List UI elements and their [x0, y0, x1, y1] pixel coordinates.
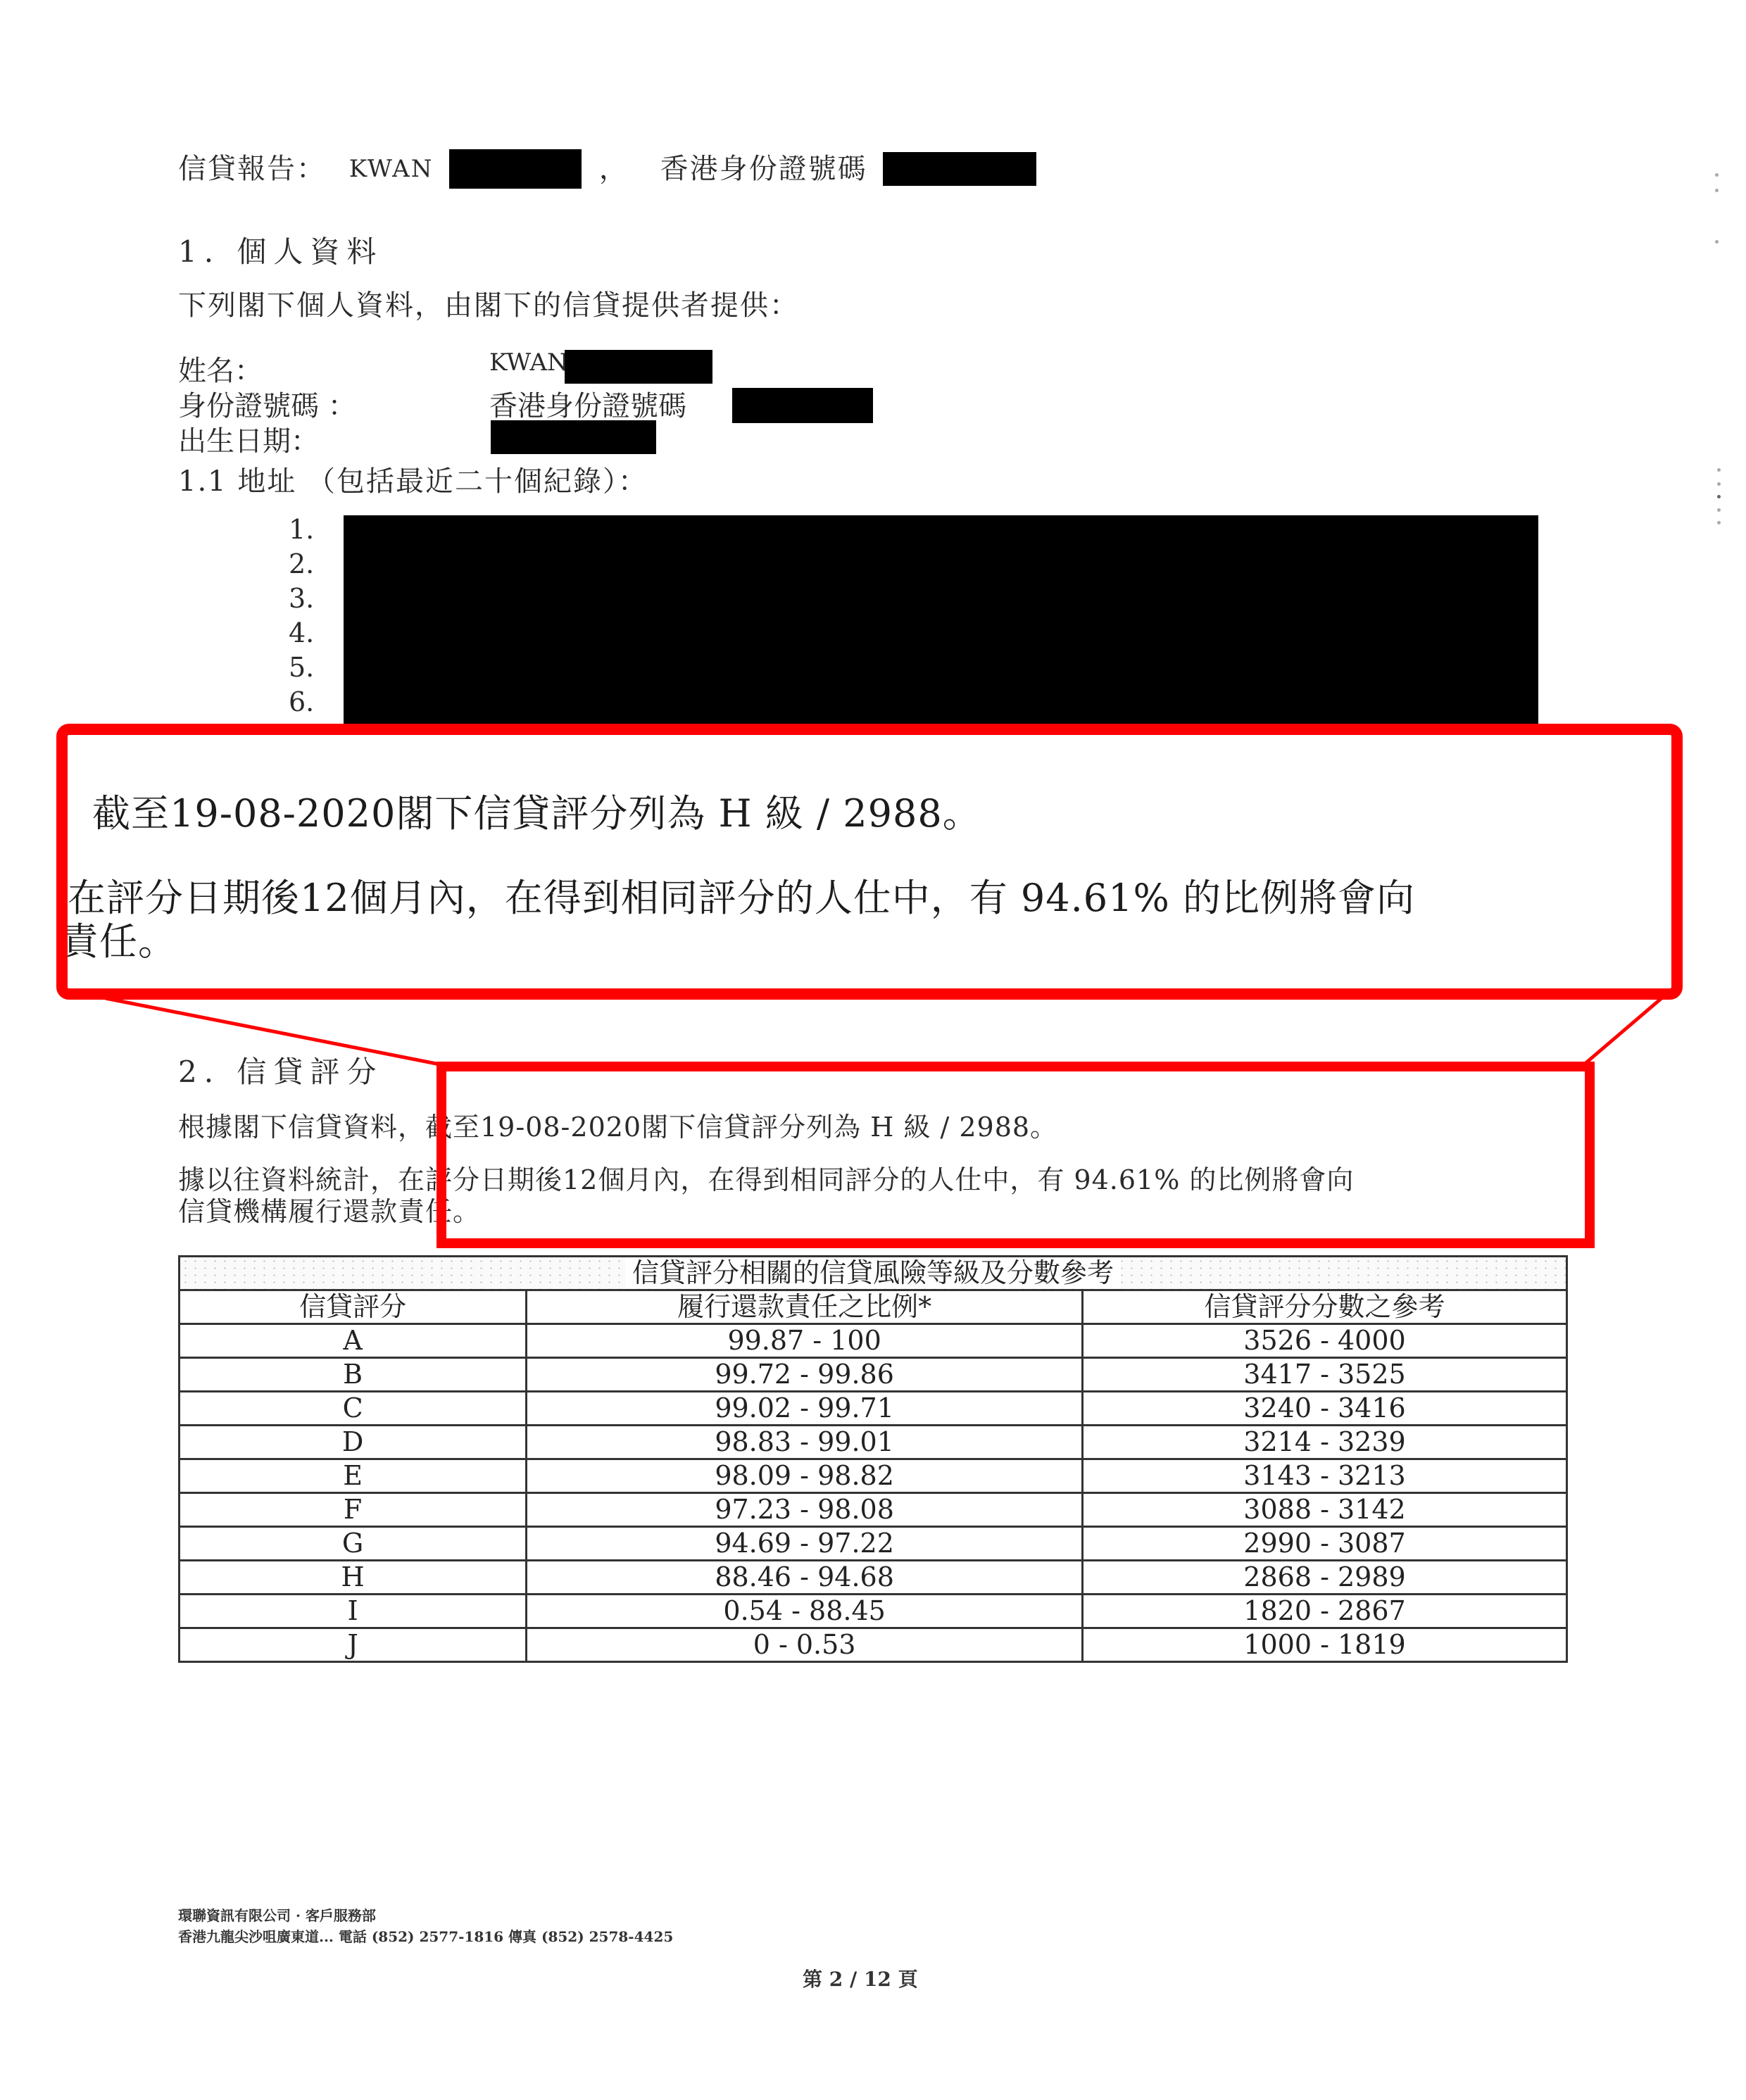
- grade-cell: A: [180, 1324, 527, 1358]
- grade-cell: C: [180, 1392, 527, 1426]
- table-row: I0.54 - 88.451820 - 2867: [180, 1595, 1567, 1628]
- redacted-id-value: [732, 388, 873, 423]
- ratio-cell: 94.69 - 97.22: [527, 1527, 1083, 1561]
- address-item-number: 3.: [289, 581, 314, 615]
- scan-artifact: [1715, 240, 1719, 244]
- score-range-cell: 3088 - 3142: [1083, 1493, 1567, 1527]
- grade-cell: J: [180, 1628, 527, 1662]
- score-range-cell: 1820 - 2867: [1083, 1595, 1567, 1628]
- page-number: 第 2 / 12 頁: [803, 1964, 918, 1992]
- table-row: B99.72 - 99.863417 - 3525: [180, 1358, 1567, 1392]
- ratio-cell: 88.46 - 94.68: [527, 1561, 1083, 1595]
- table-row: E98.09 - 98.823143 - 3213: [180, 1459, 1567, 1493]
- table-row: C99.02 - 99.713240 - 3416: [180, 1392, 1567, 1426]
- ratio-cell: 97.23 - 98.08: [527, 1493, 1083, 1527]
- grade-cell: E: [180, 1459, 527, 1493]
- ratio-cell: 0.54 - 88.45: [527, 1595, 1083, 1628]
- address-item-number: 4.: [289, 616, 314, 650]
- field-value-id: 香港身份證號碼: [489, 384, 686, 424]
- ratio-cell: 98.83 - 99.01: [527, 1426, 1083, 1459]
- callout-line3: 責任。: [61, 919, 177, 964]
- ratio-cell: 99.87 - 100: [527, 1324, 1083, 1358]
- column-header-score: 信貸評分分數之參考: [1083, 1290, 1567, 1324]
- report-title: 信貸報告： KWAN ， 香港身份證號碼: [178, 149, 1036, 189]
- redacted-dob-value: [491, 420, 656, 454]
- score-range-cell: 2868 - 2989: [1083, 1561, 1567, 1595]
- section-1-intro: 下列閣下個人資料，由閣下的信貸提供者提供：: [178, 289, 799, 322]
- address-item-number: 1.: [289, 513, 314, 546]
- ratio-cell: 99.02 - 99.71: [527, 1392, 1083, 1426]
- field-label-id: 身份證號碼 ：: [178, 384, 356, 424]
- address-label: 1.1 地址 （包括最近二十個紀錄）：: [178, 465, 648, 498]
- grade-cell: D: [180, 1426, 527, 1459]
- scan-artifact: [1717, 508, 1721, 512]
- table-row: F97.23 - 98.083088 - 3142: [180, 1493, 1567, 1527]
- redacted-name: [449, 149, 582, 189]
- address-item-number: 5.: [289, 650, 314, 684]
- score-range-cell: 3240 - 3416: [1083, 1392, 1567, 1426]
- credit-score-reference-table: 信貸評分相關的信貸風險等級及分數參考 信貸評分 履行還款責任之比例* 信貸評分分…: [178, 1255, 1568, 1663]
- highlight-box: [436, 1062, 1595, 1248]
- table-title: 信貸評分相關的信貸風險等級及分數參考: [180, 1257, 1567, 1290]
- grade-cell: B: [180, 1358, 527, 1392]
- score-range-cell: 1000 - 1819: [1083, 1628, 1567, 1662]
- grade-cell: G: [180, 1527, 527, 1561]
- scan-artifact: [1717, 521, 1721, 524]
- score-range-cell: 3417 - 3525: [1083, 1358, 1567, 1392]
- column-header-ratio: 履行還款責任之比例*: [527, 1290, 1083, 1324]
- address-item-number: 6.: [289, 685, 314, 719]
- field-label-dob: 出生日期：: [178, 419, 319, 459]
- field-value-name: KWAN: [489, 348, 568, 377]
- score-range-cell: 3143 - 3213: [1083, 1459, 1567, 1493]
- table-row: A99.87 - 1003526 - 4000: [180, 1324, 1567, 1358]
- grade-cell: H: [180, 1561, 527, 1595]
- score-range-cell: 3214 - 3239: [1083, 1426, 1567, 1459]
- ratio-cell: 0 - 0.53: [527, 1628, 1083, 1662]
- statistics-paragraph-line2: 信貸機構履行還款責任。: [178, 1190, 480, 1228]
- grade-cell: I: [180, 1595, 527, 1628]
- table-row: G94.69 - 97.222990 - 3087: [180, 1527, 1567, 1561]
- score-range-cell: 3526 - 4000: [1083, 1324, 1567, 1358]
- field-label-name: 姓名：: [178, 348, 263, 389]
- scan-artifact: [1717, 495, 1721, 498]
- redacted-id: [883, 152, 1036, 186]
- address-item-number: 2.: [289, 547, 314, 581]
- report-label: 信貸報告：: [178, 152, 326, 186]
- ratio-cell: 98.09 - 98.82: [527, 1459, 1083, 1493]
- id-label: 香港身份證號碼: [660, 152, 867, 186]
- table-row: J0 - 0.531000 - 1819: [180, 1628, 1567, 1662]
- scan-artifact: [1715, 173, 1719, 177]
- scan-artifact: [1717, 468, 1721, 472]
- scan-artifact: [1715, 189, 1719, 192]
- score-range-cell: 2990 - 3087: [1083, 1527, 1567, 1561]
- table-row: H88.46 - 94.682868 - 2989: [180, 1561, 1567, 1595]
- table-row: D98.83 - 99.013214 - 3239: [180, 1426, 1567, 1459]
- callout-line2: 在評分日期後12個月內，在得到相同評分的人仕中，有 94.61% 的比例將會向: [68, 876, 1415, 921]
- callout-line1: ，截至19-08-2020閣下信貸評分列為 H 級 / 2988。: [56, 791, 981, 836]
- magnified-callout: ，截至19-08-2020閣下信貸評分列為 H 級 / 2988。 在評分日期後…: [56, 724, 1683, 1000]
- redacted-address-block: [344, 515, 1538, 727]
- redacted-name-value: [565, 350, 712, 384]
- column-header-grade: 信貸評分: [180, 1290, 527, 1324]
- footer-company: 環聯資訊有限公司 · 客戶服務部: [178, 1904, 376, 1925]
- surname: KWAN: [349, 152, 434, 186]
- separator: ，: [599, 152, 629, 186]
- footer-contact: 香港九龍尖沙咀廣東道... 電話 (852) 2577-1816 傳真 (852…: [178, 1925, 673, 1946]
- scan-artifact: [1717, 482, 1721, 486]
- grade-cell: F: [180, 1493, 527, 1527]
- ratio-cell: 99.72 - 99.86: [527, 1358, 1083, 1392]
- section-2-title: 2. 信貸評分: [178, 1049, 383, 1091]
- section-1-title: 1. 個人資料: [178, 229, 383, 271]
